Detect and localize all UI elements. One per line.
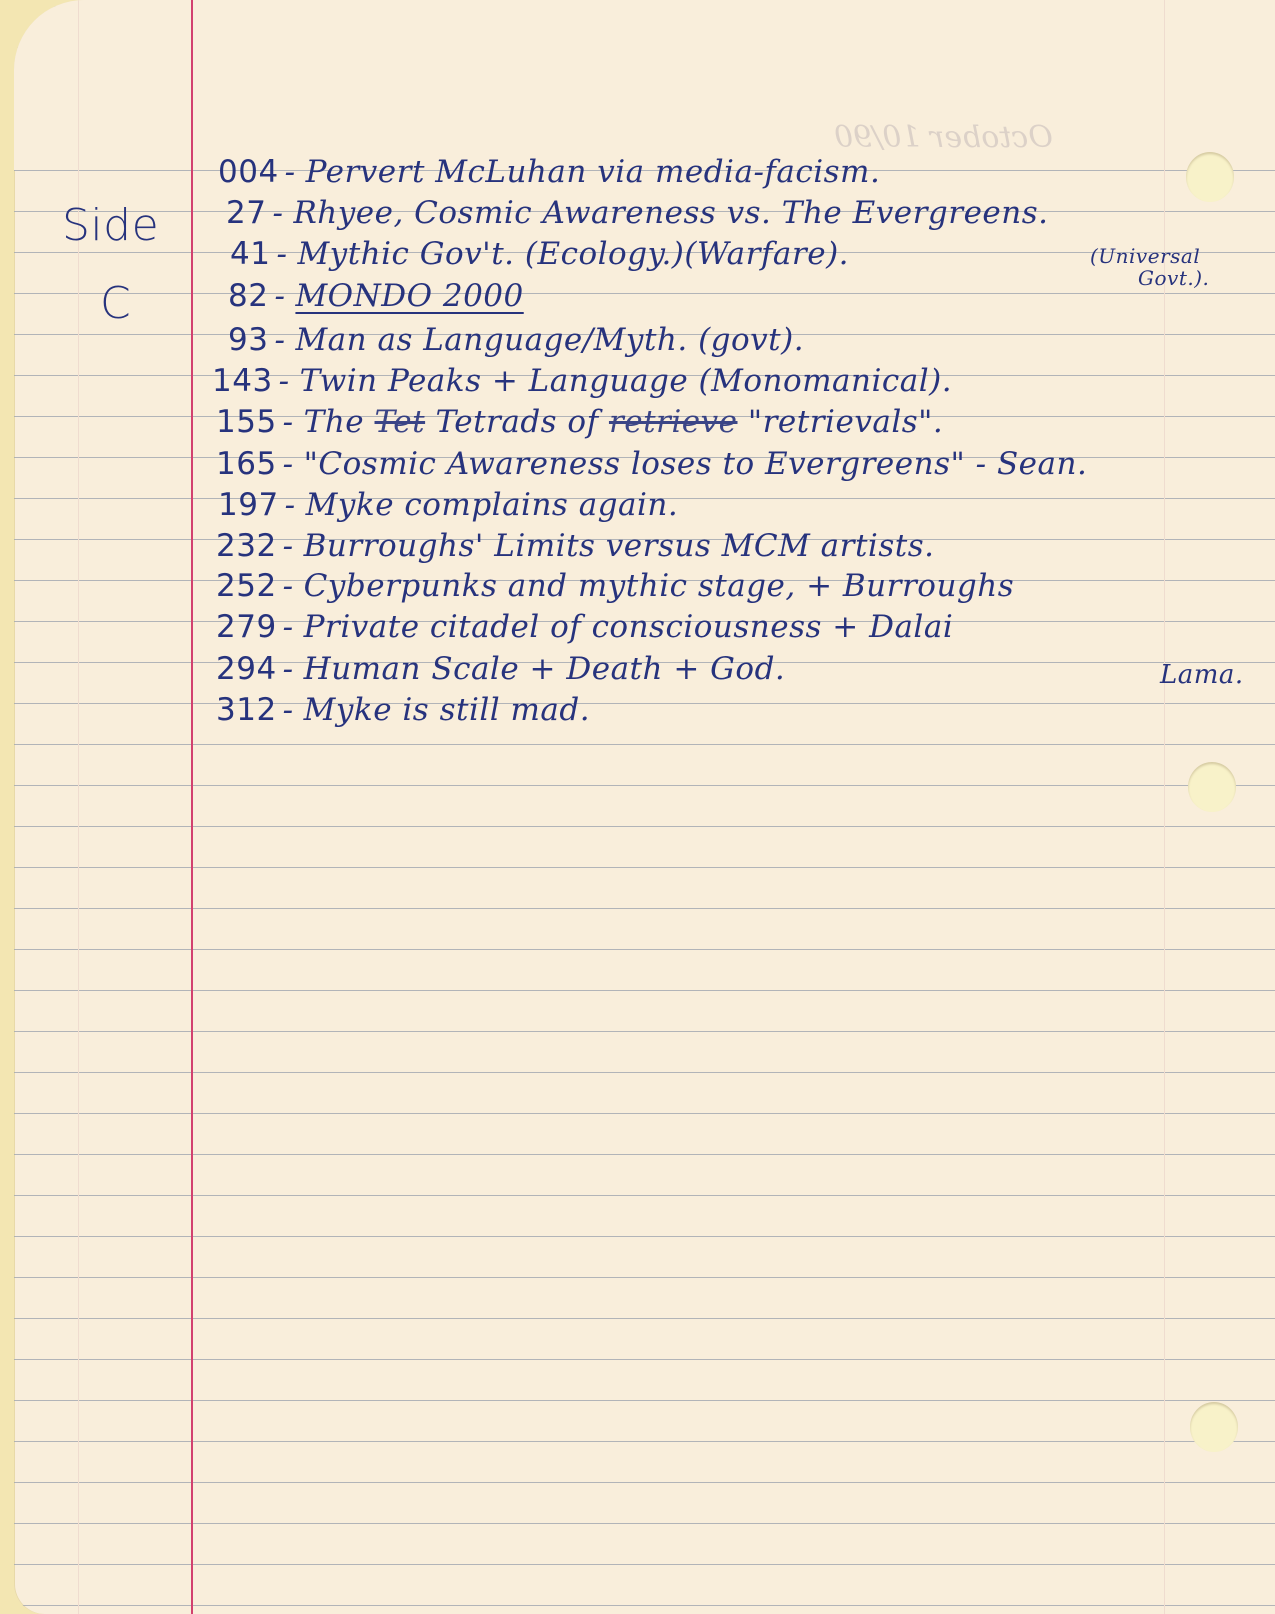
entry-counter: 143: [212, 363, 273, 399]
entry-counter: 004: [218, 154, 279, 190]
entry-text: Man as Language/Myth. (govt).: [295, 322, 804, 358]
annotation-lama: Lama.: [1160, 660, 1244, 690]
entry-counter: 82: [228, 278, 268, 314]
top-margin-area: [14, 0, 1275, 170]
log-entry: 252-Cyberpunks and mythic stage, + Burro…: [216, 568, 1014, 604]
annotation-govt: Govt.).: [1138, 268, 1209, 288]
red-margin-line: [191, 0, 193, 1614]
entry-counter: 232: [216, 528, 277, 564]
entry-text: Twin Peaks + Language (Monomanical).: [300, 363, 952, 399]
struck-word: retrieve: [609, 404, 738, 440]
entry-counter: 93: [228, 322, 268, 358]
binder-hole-bottom: [1190, 1402, 1238, 1452]
log-entry: 41-Mythic Gov't. (Ecology.)(Warfare).: [230, 236, 849, 272]
entry-text: Burroughs' Limits versus MCM artists.: [304, 528, 935, 564]
entry-counter: 279: [216, 609, 277, 645]
entry-text: Private citadel of consciousness + Dalai: [304, 609, 954, 645]
entry-text: Myke is still mad.: [304, 692, 590, 728]
binder-hole-middle: [1188, 762, 1236, 812]
entry-text: "Cosmic Awareness loses to Evergreens" -…: [304, 446, 1088, 482]
entry-text: MONDO 2000: [295, 278, 523, 314]
log-entry: 312-Myke is still mad.: [216, 692, 590, 728]
entry-text: The: [304, 404, 365, 440]
log-entry: 155-The Tet Tetrads of retrieve "retriev…: [216, 404, 943, 440]
log-entry: 93-Man as Language/Myth. (govt).: [228, 322, 804, 358]
struck-word: Tet: [375, 404, 426, 440]
entry-counter: 294: [216, 651, 277, 687]
entry-text: Rhyee, Cosmic Awareness vs. The Evergree…: [293, 195, 1048, 231]
side-label-letter: C: [100, 278, 131, 329]
annotation-universal: (Universal: [1090, 246, 1200, 266]
entry-counter: 252: [216, 568, 277, 604]
entry-text: Tetrads of: [435, 404, 598, 440]
log-entry: 143-Twin Peaks + Language (Monomanical).: [212, 363, 952, 399]
entry-counter: 155: [216, 404, 277, 440]
log-entry: 004-Pervert McLuhan via media-facism.: [218, 154, 880, 190]
entry-counter: 197: [218, 487, 279, 523]
entry-text: Mythic Gov't. (Ecology.)(Warfare).: [297, 236, 849, 272]
entry-text: "retrievals".: [748, 404, 943, 440]
log-entry: 294-Human Scale + Death + God.: [216, 651, 785, 687]
bleed-through-date: October 10/90: [834, 120, 1053, 155]
entry-text: Myke complains again.: [306, 487, 679, 523]
log-entry: 27-Rhyee, Cosmic Awareness vs. The Everg…: [226, 195, 1049, 231]
log-entry: 165-"Cosmic Awareness loses to Evergreen…: [216, 446, 1087, 482]
side-label-word: Side: [62, 200, 159, 251]
log-entry: 279-Private citadel of consciousness + D…: [216, 609, 953, 645]
entry-counter: 312: [216, 692, 277, 728]
entry-counter: 41: [230, 236, 270, 272]
binder-hole-top: [1186, 152, 1234, 202]
entry-text: Human Scale + Death + God.: [304, 651, 786, 687]
entry-counter: 165: [216, 446, 277, 482]
log-entry: 232-Burroughs' Limits versus MCM artists…: [216, 528, 934, 564]
entry-text: Cyberpunks and mythic stage, + Burroughs: [304, 568, 1014, 604]
entry-counter: 27: [226, 195, 266, 231]
log-entry: 197-Myke complains again.: [218, 487, 678, 523]
faint-guide-line: [1164, 0, 1165, 1614]
log-entry: 82-MONDO 2000: [228, 278, 524, 314]
entry-text: Pervert McLuhan via media-facism.: [306, 154, 881, 190]
